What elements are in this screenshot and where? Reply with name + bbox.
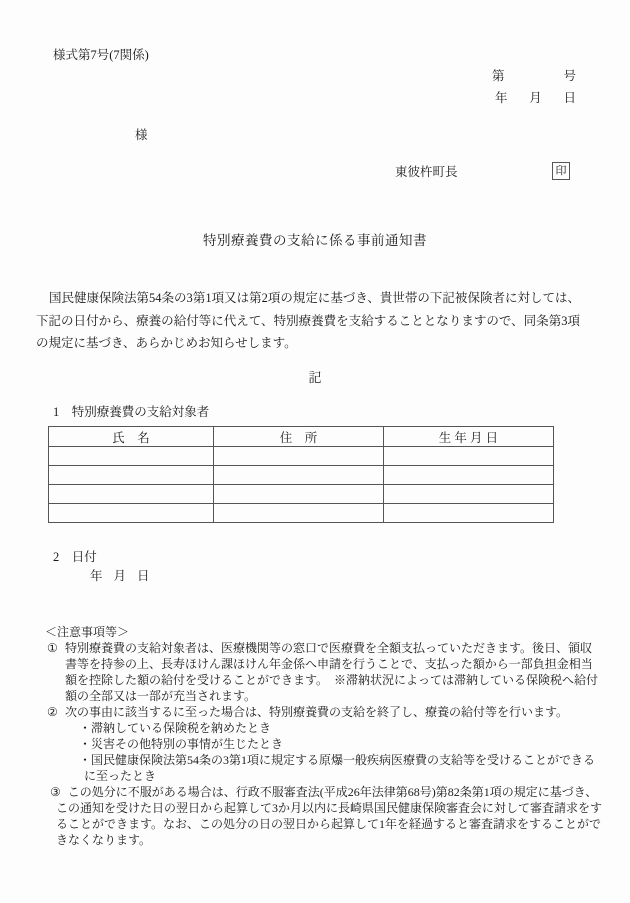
doc-number-line: 第 号	[492, 68, 576, 85]
note-item-2: ② 次の事由に該当するに至った場合は、特別療養費の支給を終了し、療養の給付等を行…	[40, 704, 602, 720]
doc-number-suffix: 号	[563, 68, 576, 85]
recipients-table-body	[49, 447, 554, 523]
section1-heading: 1 特別療養費の支給対象者	[53, 404, 209, 421]
column-header-birthdate: 生 年 月 日	[384, 427, 554, 447]
table-cell	[214, 466, 384, 485]
column-header-name: 氏 名	[49, 427, 214, 447]
header-date-line: 年 月 日	[492, 90, 576, 107]
seal-stamp-box: 印	[552, 162, 570, 180]
note-bullet-1: ・滞納している保険税を納めたとき	[40, 720, 602, 736]
header-date-day: 日	[563, 90, 576, 107]
form-number: 様式第7号(7関係)	[53, 47, 149, 64]
table-cell	[214, 447, 384, 466]
note-text-2: 次の事由に該当するに至った場合は、特別療養費の支給を終了し、療養の給付等を行いま…	[65, 705, 568, 719]
body-paragraph: 国民健康保険法第54条の3第1項又は第2項の規定に基づき、貴世帯の下記被保険者に…	[36, 287, 580, 355]
note-text-1: 特別療養費の支給対象者は、医療機関等の窓口で医療費を全額支払っていただきます。後…	[65, 641, 598, 703]
notes-heading: ＜注意事項等＞	[45, 624, 602, 640]
table-row	[49, 447, 554, 466]
note-bullet-2: ・災害その他特別の事情が生じたとき	[40, 736, 602, 752]
doc-number-prefix: 第	[492, 68, 505, 85]
table-row	[49, 485, 554, 504]
table-cell	[49, 504, 214, 523]
note-item-1: ① 特別療養費の支給対象者は、医療機関等の窓口で医療費を全額支払っていただきます…	[40, 640, 602, 704]
table-cell	[384, 485, 554, 504]
payment-date-day: 日	[137, 568, 150, 585]
column-header-address: 住 所	[214, 427, 384, 447]
table-cell	[384, 447, 554, 466]
table-cell	[384, 504, 554, 523]
table-cell	[49, 485, 214, 504]
table-row	[49, 504, 554, 523]
table-cell	[49, 466, 214, 485]
document-page: 様式第7号(7関係) 第 号 年 月 日 様 東彼杵町長 印 特別療養費の支給に…	[0, 0, 630, 903]
header-number-date-block: 第 号 年 月 日	[492, 68, 576, 107]
table-cell	[384, 466, 554, 485]
table-row	[49, 466, 554, 485]
note-text-3: この処分に不服がある場合は、行政不服審査法(平成26年法律第68号)第82条第1…	[56, 785, 602, 847]
document-title: 特別療養費の支給に係る事前通知書	[0, 229, 630, 249]
section2-heading: 2 日付	[53, 549, 97, 566]
note-marker-3: ③	[50, 785, 61, 799]
record-mark: 記	[0, 367, 630, 386]
note-marker-2: ②	[47, 704, 58, 720]
header-date-month: 月	[529, 90, 542, 107]
notes-section: ＜注意事項等＞ ① 特別療養費の支給対象者は、医療機関等の窓口で医療費を全額支払…	[40, 624, 602, 848]
table-cell	[49, 447, 214, 466]
note-bullet-3: ・国民健康保険法第54条の3第1項に規定する原爆一般疾病医療費の支給等を受けるこ…	[40, 752, 602, 784]
table-cell	[214, 485, 384, 504]
issuer-name: 東彼杵町長	[395, 164, 575, 181]
payment-date-month: 月	[114, 568, 127, 585]
payment-date-line: 年 月 日	[90, 568, 150, 585]
payment-date-year: 年	[90, 568, 103, 585]
recipients-table: 氏 名 住 所 生 年 月 日	[48, 426, 554, 523]
note-item-3: ③この処分に不服がある場合は、行政不服審査法(平成26年法律第68号)第82条第…	[40, 784, 602, 848]
addressee-honorific: 様	[135, 127, 148, 144]
header-date-year: 年	[495, 90, 508, 107]
table-cell	[214, 504, 384, 523]
note-marker-1: ①	[47, 640, 58, 656]
table-header-row: 氏 名 住 所 生 年 月 日	[49, 427, 554, 447]
